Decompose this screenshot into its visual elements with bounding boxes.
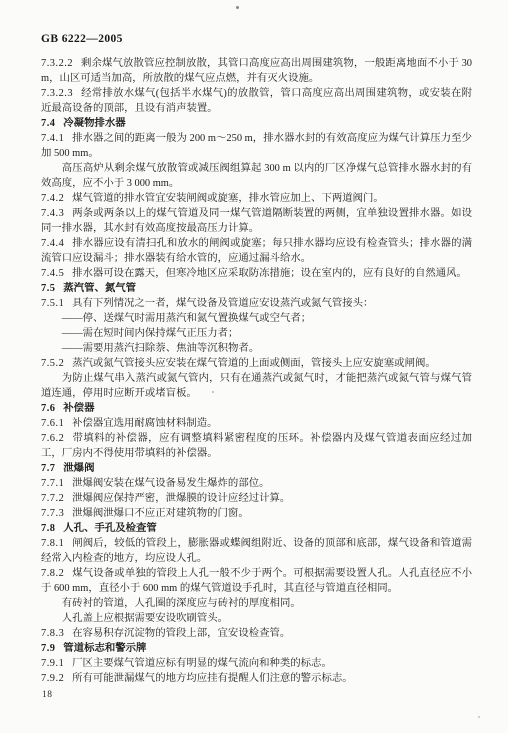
clause-number: 7.8.1 [41, 538, 64, 549]
clause-paragraph: 7.5.1具有下列情况之一者，煤气设备及管道应安设蒸汽或氮气管接头： [41, 296, 472, 311]
clause-text: 排水器应设有清扫孔和放水的闸阀或旋塞；每只排水器均应设有检查管头；排水器的满流管… [41, 238, 472, 264]
page-number: 18 [42, 690, 53, 700]
clause-paragraph: 7.8.2煤气设备或单独的管段上人孔一般不少于两个。可根据需要设置人孔。人孔直径… [41, 566, 472, 596]
clause-number: 7.4.3 [41, 208, 64, 219]
clause-paragraph: 7.9.2所有可能泄漏煤气的地方均应挂有提醒人们注意的警示标志。 [41, 671, 472, 686]
clause-text: 有砖衬的管道，人孔圈的深度应与砖衬的厚度相同。 [62, 598, 301, 609]
clause-number: 7.9.1 [41, 658, 64, 669]
clause-text: 在容易积存沉淀物的管段上部，宜安设检查管。 [72, 628, 290, 639]
clause-text: 具有下列情况之一者，煤气设备及管道应安设蒸汽或氮气管接头： [72, 298, 373, 309]
dash-list-item: ——需要用蒸汽扫除萘、焦油等沉积物者。 [41, 341, 472, 356]
clause-number: 7.4.4 [41, 238, 64, 249]
document-page: GB 6222—2005 7.3.2.2剩余煤气放散管应控制放散，其管口高度应高… [0, 0, 508, 733]
section-heading: 7.8人孔、手孔及检查管 [41, 521, 472, 536]
clause-number: 7.8 [41, 523, 56, 534]
clause-number: 7.9.2 [41, 673, 64, 684]
clause-text: 煤气设备或单独的管段上人孔一般不少于两个。可根据需要设置人孔。人孔直径应不小于 … [41, 568, 472, 594]
clause-text: 煤气管道的排水管宜安装闸阀或旋塞，排水管应加上、下两道阀门。 [72, 193, 384, 204]
clause-number: 7.5.1 [41, 298, 64, 309]
section-heading: 7.9管道标志和警示牌 [41, 641, 472, 656]
section-heading: 7.6补偿器 [41, 401, 472, 416]
clause-number: 7.8.2 [41, 568, 64, 579]
clause-text: 泄爆阀泄爆口不应正对建筑物的门窗。 [72, 508, 249, 519]
section-heading: 7.4冷凝物排水器 [41, 116, 472, 131]
clause-number: 7.4 [41, 118, 56, 129]
clause-paragraph: 7.8.3在容易积存沉淀物的管段上部，宜安设检查管。 [41, 626, 472, 641]
clause-text: 为防止煤气串入蒸汽或氮气管内，只有在通蒸汽或氮气时，才能把蒸汽或氮气管与煤气管道… [41, 373, 472, 399]
clause-text: ——需在短时间内保持煤气正压力者； [62, 328, 239, 339]
clause-number: 7.8.3 [41, 628, 64, 639]
clause-text: ——停、送煤气时需用蒸汽和氮气置换煤气或空气者； [62, 313, 311, 324]
clause-text: 泄爆阀 [63, 463, 94, 474]
clause-paragraph: 7.3.2.3经常排放水煤气(包括半水煤气)的放散管，管口高度应高出周围建筑物，… [41, 86, 472, 116]
clause-number: 7.7.2 [41, 493, 64, 504]
dash-list-item: ——停、送煤气时需用蒸汽和氮气置换煤气或空气者； [41, 311, 472, 326]
clause-text: 人孔、手孔及检查管 [63, 523, 157, 534]
clause-text: 蒸汽或氮气管接头应安装在煤气管道的上面或侧面，管接头上应安旋塞或闸阀。 [72, 358, 436, 369]
clause-text: 蒸汽管、氮气管 [63, 283, 136, 294]
clause-paragraph: 7.4.4排水器应设有清扫孔和放水的闸阀或旋塞；每只排水器均应设有检查管头；排水… [41, 236, 472, 266]
clause-text: 剩余煤气放散管应控制放散，其管口高度应高出周围建筑物，一般距离地面不小于 30 … [41, 58, 472, 84]
clause-text: 补偿器 [63, 403, 94, 414]
clause-paragraph: 7.7.3泄爆阀泄爆口不应正对建筑物的门窗。 [41, 506, 472, 521]
clause-paragraph: 7.7.2泄爆阀应保持严密，泄爆膜的设计应经过计算。 [41, 491, 472, 506]
clause-number: 7.9 [41, 643, 56, 654]
clause-text: 冷凝物排水器 [63, 118, 125, 129]
clause-text: 泄爆阀安装在煤气设备易发生爆炸的部位。 [72, 478, 269, 489]
clause-text: 两条或两条以上的煤气管道及同一煤气管道隔断装置的两侧，宜单独设置排水器。如设同一… [41, 208, 472, 234]
clause-paragraph: 7.8.1闸阀后，较低的管段上，膨胀器或蝶阀组附近、设备的顶部和底部，煤气设备和… [41, 536, 472, 566]
clause-text: 厂区主要煤气管道应标有明显的煤气流向和种类的标志。 [72, 658, 332, 669]
clause-number: 7.5 [41, 283, 56, 294]
clause-paragraph: 7.4.5排水器可设在露天，但寒冷地区应采取防冻措施；设在室内的，应有良好的自然… [41, 266, 472, 281]
clause-number: 7.5.2 [41, 358, 64, 369]
clause-text: 所有可能泄漏煤气的地方均应挂有提醒人们注意的警示标志。 [72, 673, 353, 684]
clause-text: 排水器可设在露天，但寒冷地区应采取防冻措施；设在室内的，应有良好的自然通风。 [72, 268, 467, 279]
clause-paragraph: 7.6.2带填料的补偿器，应有调整填料紧密程度的压环。补偿器内及煤气管道表面应经… [41, 431, 472, 461]
clause-paragraph: 7.6.1补偿器宜选用耐腐蚀材料制造。 [41, 416, 472, 431]
clause-number: 7.6.1 [41, 418, 64, 429]
clause-text: 带填料的补偿器，应有调整填料紧密程度的压环。补偿器内及煤气管道表面应经过加工，厂… [41, 433, 472, 459]
continuation-paragraph: 人孔盖上应根据需要安设吹刷管头。 [41, 611, 472, 626]
clause-number: 7.6 [41, 403, 56, 414]
scan-artifact [236, 6, 239, 9]
clause-paragraph: 7.5.2蒸汽或氮气管接头应安装在煤气管道的上面或侧面，管接头上应安旋塞或闸阀。 [41, 356, 472, 371]
section-heading: 7.7泄爆阀 [41, 461, 472, 476]
clause-text: ——需要用蒸汽扫除萘、焦油等沉积物者。 [62, 343, 259, 354]
clause-number: 7.6.2 [41, 433, 64, 444]
clause-number: 7.3.2.3 [41, 88, 73, 99]
document-body: 7.3.2.2剩余煤气放散管应控制放散，其管口高度应高出周围建筑物，一般距离地面… [41, 56, 472, 686]
clause-paragraph: 7.3.2.2剩余煤气放散管应控制放散，其管口高度应高出周围建筑物，一般距离地面… [41, 56, 472, 86]
clause-text: 闸阀后，较低的管段上，膨胀器或蝶阀组附近、设备的顶部和底部，煤气设备和管道需经常… [41, 538, 472, 564]
clause-number: 7.7.1 [41, 478, 64, 489]
clause-text: 排水器之间的距离一般为 200 m～250 m，排水器水封的有效高度应为煤气计算… [41, 133, 472, 159]
clause-paragraph: 7.7.1泄爆阀安装在煤气设备易发生爆炸的部位。 [41, 476, 472, 491]
clause-paragraph: 7.9.1厂区主要煤气管道应标有明显的煤气流向和种类的标志。 [41, 656, 472, 671]
clause-paragraph: 7.4.2煤气管道的排水管宜安装闸阀或旋塞，排水管应加上、下两道阀门。 [41, 191, 472, 206]
clause-text: 经常排放水煤气(包括半水煤气)的放散管，管口高度应高出周围建筑物，或安装在附近最… [41, 88, 472, 114]
clause-paragraph: 7.4.3两条或两条以上的煤气管道及同一煤气管道隔断装置的两侧，宜单独设置排水器… [41, 206, 472, 236]
dash-list-item: ——需在短时间内保持煤气正压力者； [41, 326, 472, 341]
section-heading: 7.5蒸汽管、氮气管 [41, 281, 472, 296]
clause-text: 人孔盖上应根据需要安设吹刷管头。 [62, 613, 228, 624]
continuation-paragraph: 有砖衬的管道，人孔圈的深度应与砖衬的厚度相同。 [41, 596, 472, 611]
clause-paragraph: 7.4.1排水器之间的距离一般为 200 m～250 m，排水器水封的有效高度应… [41, 131, 472, 161]
clause-text: 管道标志和警示牌 [63, 643, 146, 654]
continuation-paragraph: 为防止煤气串入蒸汽或氮气管内，只有在通蒸汽或氮气时，才能把蒸汽或氮气管与煤气管道… [41, 371, 472, 401]
clause-number: 7.3.2.2 [41, 58, 73, 69]
clause-number: 7.4.2 [41, 193, 64, 204]
clause-number: 7.4.1 [41, 133, 64, 144]
clause-number: 7.4.5 [41, 268, 64, 279]
continuation-paragraph: 高压高炉从剩余煤气放散管或减压阀组算起 300 m 以内的厂区净煤气总管排水器水… [41, 161, 472, 191]
clause-text: 补偿器宜选用耐腐蚀材料制造。 [72, 418, 217, 429]
clause-text: 高压高炉从剩余煤气放散管或减压阀组算起 300 m 以内的厂区净煤气总管排水器水… [41, 163, 472, 189]
clause-number: 7.7.3 [41, 508, 64, 519]
scan-artifact [478, 716, 480, 718]
clause-number: 7.7 [41, 463, 56, 474]
clause-text: 泄爆阀应保持严密，泄爆膜的设计应经过计算。 [72, 493, 290, 504]
standard-number-header: GB 6222—2005 [41, 33, 123, 45]
